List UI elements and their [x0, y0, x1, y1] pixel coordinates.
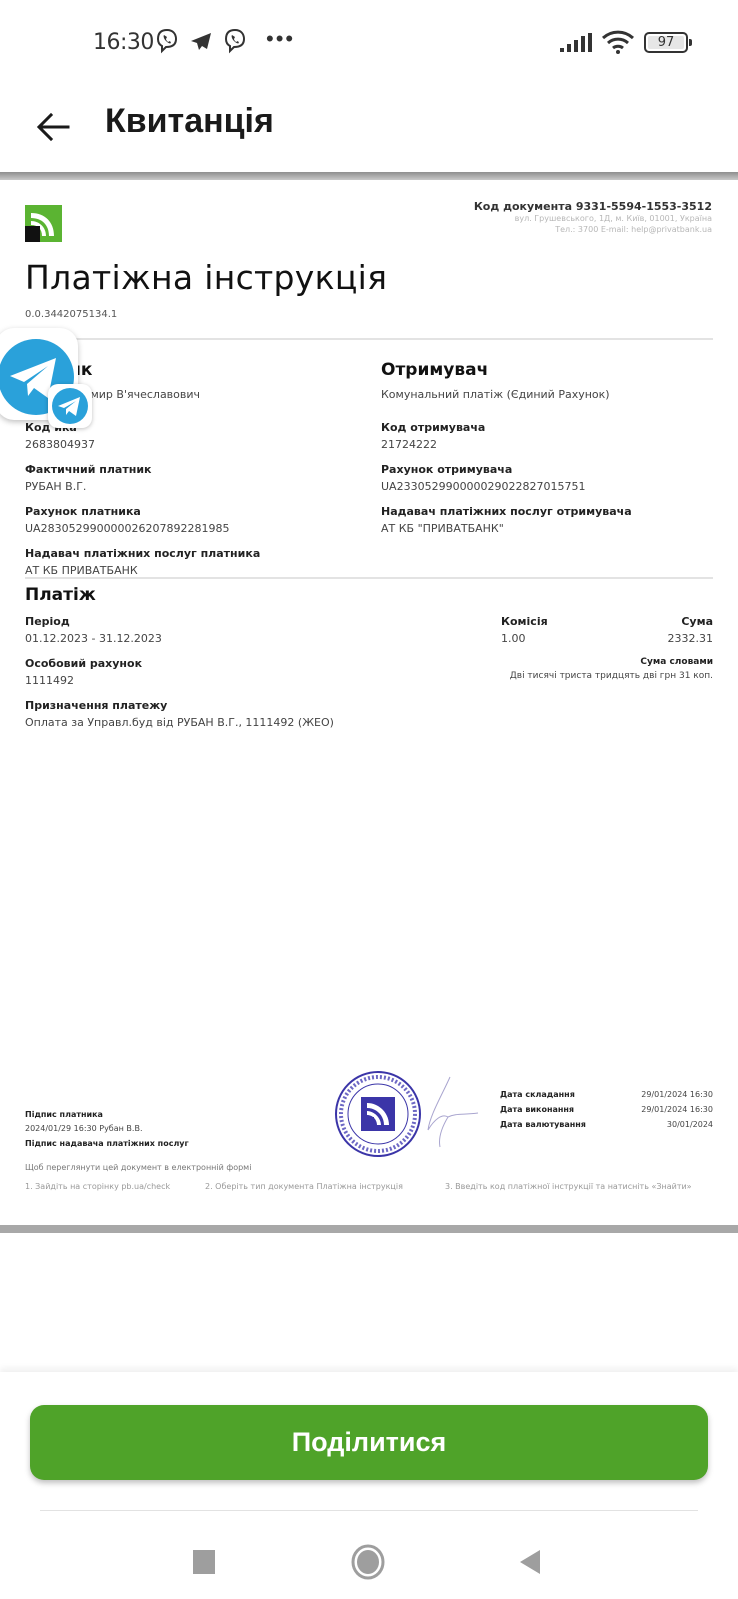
status-bar: 16:30 ••• 97 [0, 0, 738, 86]
divider [25, 338, 713, 340]
viber-icon [223, 28, 247, 54]
period-value: 01.12.2023 - 31.12.2023 [25, 632, 713, 645]
nav-divider [40, 1510, 698, 1511]
dates-table: Дата складання 29/01/2024 16:30 Дата вик… [500, 1090, 713, 1135]
signature-icon [420, 1075, 480, 1155]
payment-section: Платіж Період 01.12.2023 - 31.12.2023 Ос… [25, 585, 713, 741]
recipient-section: Отримувач Комунальний платіж (Єдиний Рах… [381, 360, 721, 547]
share-button[interactable]: Поділитися [30, 1405, 708, 1480]
amount: Сума 2332.31 [668, 615, 714, 657]
period-label: Період [25, 615, 713, 628]
divider [25, 577, 713, 579]
date-row: Дата складання 29/01/2024 16:30 [500, 1090, 713, 1099]
payer-provider-label: Надавач платіжних послуг платника [25, 547, 370, 560]
purpose-label: Призначення платежу [25, 699, 713, 712]
telegram-small-badge[interactable] [48, 384, 92, 428]
viber-icon [155, 28, 179, 54]
square-icon [192, 1549, 216, 1575]
more-notifications-icon: ••• [266, 26, 295, 52]
battery-indicator: 97 [644, 32, 688, 53]
recipient-heading: Отримувач [381, 360, 721, 380]
recipient-name: Комунальний платіж (Єдиний Рахунок) [381, 388, 721, 401]
recents-button[interactable] [182, 1540, 226, 1584]
view-hint: Щоб переглянути цей документ в електронн… [25, 1163, 251, 1172]
actual-payer-value: РУБАН В.Г. [25, 480, 370, 493]
recipient-code-value: 21724222 [381, 438, 721, 451]
document-title: Платіжна інструкція [25, 258, 387, 297]
page-title: Квитанція [105, 102, 274, 141]
bank-contacts: Тел.: 3700 E-mail: help@privatbank.ua [474, 224, 712, 235]
payer-account-label: Рахунок платника [25, 505, 370, 518]
arrow-left-icon [36, 112, 70, 142]
payer-signature-value: 2024/01/29 16:30 Рубан В.В. [25, 1124, 189, 1133]
document-code: Код документа 9331-5594-1553-3512 [474, 200, 712, 213]
date-row: Дата валютування 30/01/2024 [500, 1120, 713, 1129]
recipient-provider-label: Надавач платіжних послуг отримувача [381, 505, 721, 518]
commission: Комісія 1.00 [501, 615, 548, 657]
payer-signature-label: Підпис платника [25, 1110, 189, 1119]
home-button[interactable] [346, 1540, 390, 1584]
recipient-account-label: Рахунок отримувача [381, 463, 721, 476]
commission-value: 1.00 [501, 632, 548, 645]
amount-words-value: Дві тисячі триста тридцять дві грн 31 ко… [510, 671, 713, 681]
provider-signature-label: Підпис надавача платіжних послуг [25, 1139, 189, 1148]
payer-provider-value: АТ КБ ПРИВАТБАНК [25, 564, 370, 577]
triangle-back-icon [518, 1548, 542, 1576]
app-bar: Квитанція [0, 86, 738, 174]
verification-steps: 1. Зайдіть на сторінку pb.ua/check 2. Об… [25, 1182, 713, 1191]
battery-level: 97 [646, 34, 686, 51]
back-button[interactable] [30, 104, 76, 150]
step-2: 2. Оберіть тип документа Платіжна інстру… [205, 1182, 445, 1191]
amount-in-words: Сума словами Дві тисячі триста тридцять … [510, 657, 713, 693]
wifi-icon [601, 30, 635, 54]
app-bar-divider [0, 172, 738, 180]
recipient-code-label: Код отримувача [381, 421, 721, 434]
step-1: 1. Зайдіть на сторінку pb.ua/check [25, 1182, 205, 1191]
privatbank-logo-icon [25, 205, 62, 242]
date-row: Дата виконання 29/01/2024 16:30 [500, 1105, 713, 1114]
recipient-provider-value: АТ КБ "ПРИВАТБАНК" [381, 522, 721, 535]
recipient-account-value: UA233052990000029022827015751 [381, 480, 721, 493]
actual-payer-label: Фактичний платник [25, 463, 370, 476]
purpose-value: Оплата за Управл.буд від РУБАН В.Г., 111… [25, 716, 713, 729]
telegram-icon [48, 384, 92, 428]
system-back-button[interactable] [508, 1540, 552, 1584]
document-code-block: Код документа 9331-5594-1553-3512 вул. Г… [474, 200, 712, 235]
payment-heading: Платіж [25, 585, 713, 605]
document-bottom-edge [0, 1225, 738, 1233]
step-3: 3. Введіть код платіжної інструкції та н… [445, 1182, 692, 1191]
status-time: 16:30 [93, 30, 154, 55]
bank-address: вул. Грушевського, 1Д, м. Київ, 01001, У… [474, 213, 712, 224]
payer-account-value: UA283052990000026207892281985 [25, 522, 370, 535]
telegram-icon [189, 31, 213, 53]
payer-code-value: 2683804937 [25, 438, 370, 451]
commission-label: Комісія [501, 615, 548, 628]
amount-label: Сума [668, 615, 714, 628]
document-number: 0.0.3442075134.1 [25, 309, 117, 320]
receipt-document: Код документа 9331-5594-1553-3512 вул. Г… [0, 180, 738, 1227]
amount-words-label: Сума словами [510, 657, 713, 667]
signal-icon [560, 33, 592, 53]
amount-value: 2332.31 [668, 632, 714, 645]
bank-stamp-icon [334, 1070, 422, 1158]
circle-icon [350, 1543, 386, 1581]
signatures: Підпис платника 2024/01/29 16:30 Рубан В… [25, 1110, 189, 1153]
